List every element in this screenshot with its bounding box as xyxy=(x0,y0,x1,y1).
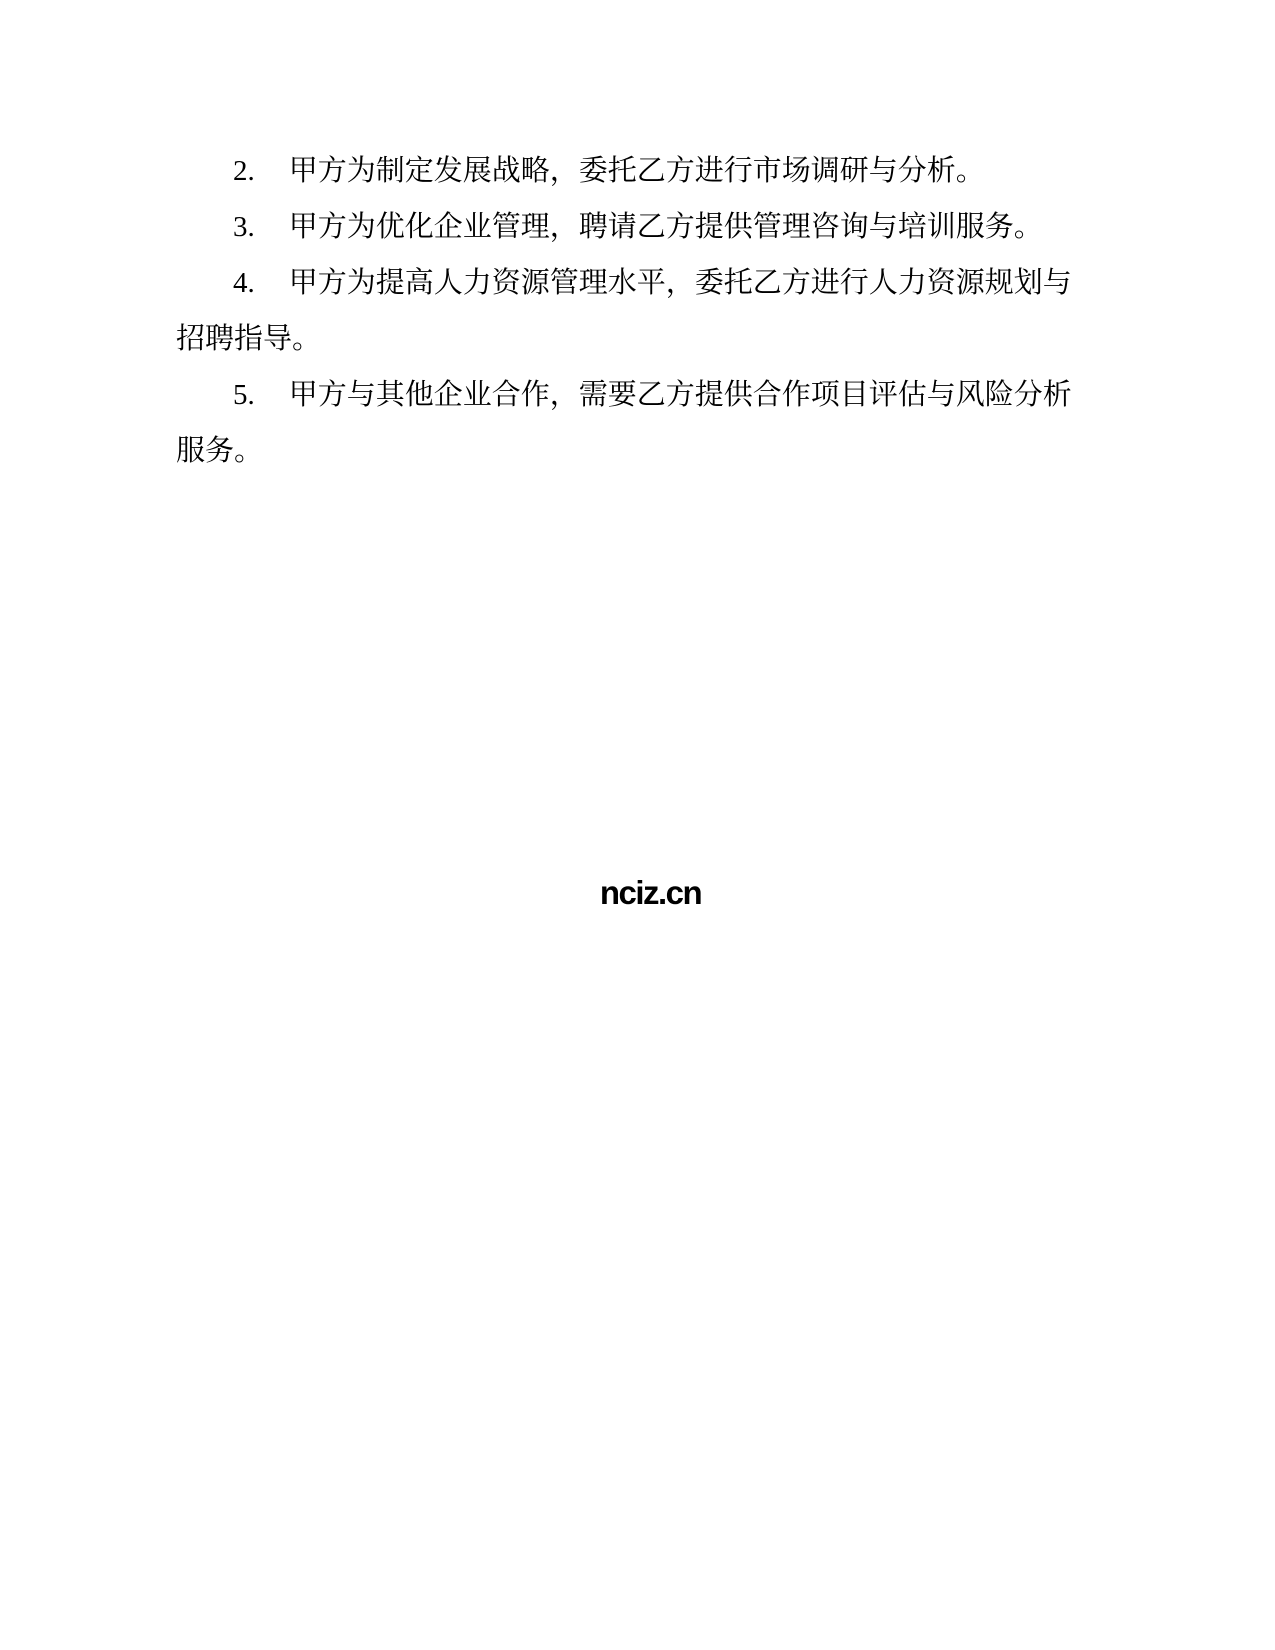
list-item: 4.甲方为提高人力资源管理水平，委托乙方进行人力资源规划与招聘指导。 xyxy=(176,255,1099,367)
list-item: 3.甲方为优化企业管理，聘请乙方提供管理咨询与培训服务。 xyxy=(176,199,1099,255)
item-number: 4. xyxy=(233,267,255,299)
list-item: 5.甲方与其他企业合作，需要乙方提供合作项目评估与风险分析服务。 xyxy=(176,367,1099,479)
item-text: 甲方与其他企业合作，需要乙方提供合作项目评估与风险分析服务。 xyxy=(176,379,1072,467)
site-watermark: nciz.cn xyxy=(600,874,701,912)
item-text: 甲方为优化企业管理，聘请乙方提供管理咨询与培训服务。 xyxy=(289,211,1043,243)
contract-body: 2.甲方为制定发展战略，委托乙方进行市场调研与分析。 3.甲方为优化企业管理，聘… xyxy=(176,143,1099,479)
item-text: 甲方为制定发展战略，委托乙方进行市场调研与分析。 xyxy=(289,155,985,187)
list-item: 2.甲方为制定发展战略，委托乙方进行市场调研与分析。 xyxy=(176,143,1099,199)
item-number: 2. xyxy=(233,155,255,187)
item-text: 甲方为提高人力资源管理水平，委托乙方进行人力资源规划与招聘指导。 xyxy=(176,267,1072,355)
item-number: 5. xyxy=(233,379,255,411)
watermark-row: nciz.cn xyxy=(0,874,1275,919)
document-page: 2.甲方为制定发展战略，委托乙方进行市场调研与分析。 3.甲方为优化企业管理，聘… xyxy=(0,0,1275,1650)
item-number: 3. xyxy=(233,211,255,243)
